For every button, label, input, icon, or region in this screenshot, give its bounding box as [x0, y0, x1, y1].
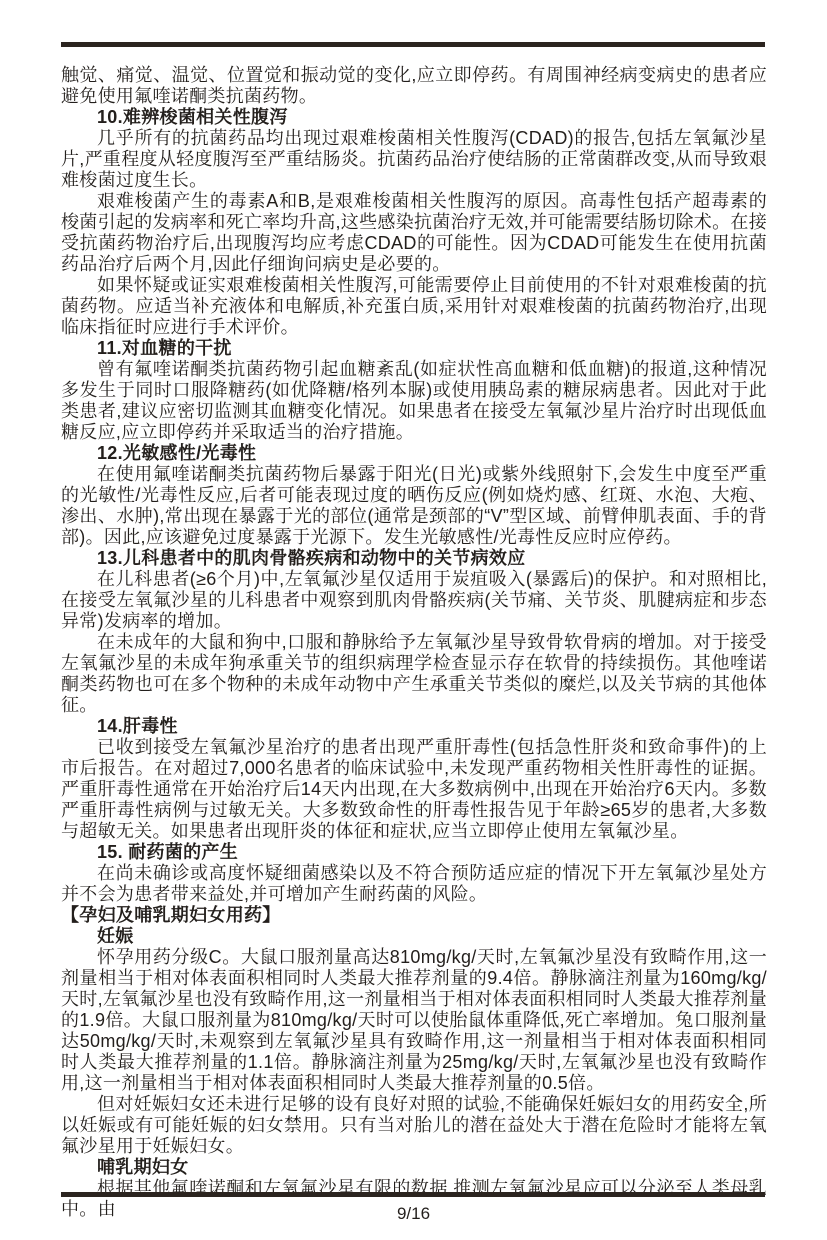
- document-page: 触觉、痛觉、温觉、位置觉和振动觉的变化,应立即停药。有周围神经病变病史的患者应避…: [0, 0, 827, 1240]
- section-heading: 【孕妇及哺乳期妇女用药】: [61, 905, 767, 926]
- section-heading: 12.光敏感性/光毒性: [61, 443, 767, 464]
- paragraph: 在未成年的大鼠和狗中,口服和静脉给予左氧氟沙星导致骨软骨病的增加。对于接受左氧氟…: [61, 632, 767, 716]
- paragraph: 几乎所有的抗菌药品均出现过艰难梭菌相关性腹泻(CDAD)的报告,包括左氧氟沙星片…: [61, 128, 767, 191]
- paragraph: 如果怀疑或证实艰难梭菌相关性腹泻,可能需要停止目前使用的不针对艰难梭菌的抗菌药物…: [61, 275, 767, 338]
- paragraph: 在尚未确诊或高度怀疑细菌感染以及不符合预防适应症的情况下开左氧氟沙星处方并不会为…: [61, 863, 767, 905]
- paragraph: 曾有氟喹诺酮类抗菌药物引起血糖紊乱(如症状性高血糖和低血糖)的报道,这种情况多发…: [61, 359, 767, 443]
- top-rule: [61, 42, 765, 47]
- section-heading: 13.儿科患者中的肌肉骨骼疾病和动物中的关节病效应: [61, 548, 767, 569]
- paragraph: 在儿科患者(≥6个月)中,左氧氟沙星仅适用于炭疽吸入(暴露后)的保护。和对照相比…: [61, 569, 767, 632]
- page-number: 9/16: [0, 1204, 827, 1224]
- document-content: 触觉、痛觉、温觉、位置觉和振动觉的变化,应立即停药。有周围神经病变病史的患者应避…: [61, 65, 767, 1220]
- paragraph: 但对妊娠妇女还未进行足够的设有良好对照的试验,不能确保妊娠妇女的用药安全,所以妊…: [61, 1094, 767, 1157]
- section-heading: 14.肝毒性: [61, 716, 767, 737]
- paragraph: 怀孕用药分级C。大鼠口服剂量高达810mg/kg/天时,左氧氟沙星没有致畸作用,…: [61, 947, 767, 1094]
- bottom-rule: [61, 1192, 765, 1197]
- paragraph: 在使用氟喹诺酮类抗菌药物后暴露于阳光(日光)或紫外线照射下,会发生中度至严重的光…: [61, 464, 767, 548]
- section-heading: 10.难辨梭菌相关性腹泻: [61, 107, 767, 128]
- section-heading: 11.对血糖的干扰: [61, 338, 767, 359]
- paragraph: 触觉、痛觉、温觉、位置觉和振动觉的变化,应立即停药。有周围神经病变病史的患者应避…: [61, 65, 767, 107]
- section-heading: 15. 耐药菌的产生: [61, 842, 767, 863]
- paragraph: 艰难梭菌产生的毒素A和B,是艰难梭菌相关性腹泻的原因。高毒性包括产超毒素的梭菌引…: [61, 191, 767, 275]
- paragraph: 已收到接受左氧氟沙星治疗的患者出现严重肝毒性(包括急性肝炎和致命事件)的上市后报…: [61, 737, 767, 842]
- section-heading: 哺乳期妇女: [61, 1157, 767, 1178]
- section-heading: 妊娠: [61, 926, 767, 947]
